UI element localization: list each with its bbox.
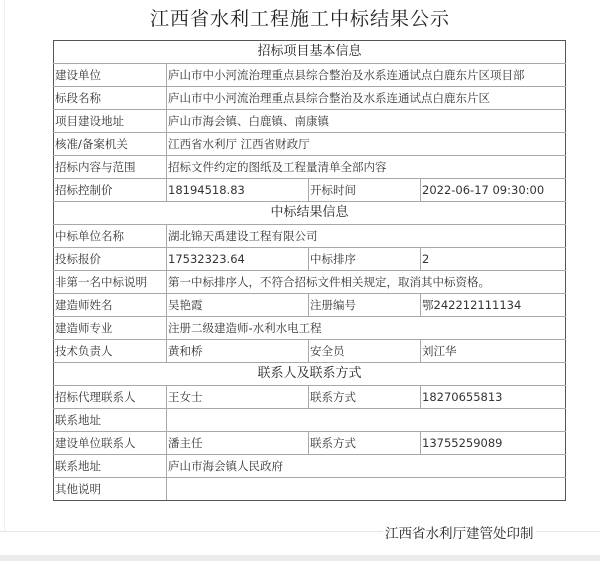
row-label: 中标单位名称: [54, 225, 167, 248]
construction-unit-value: 庐山市中小河流治理重点县综合整治及水系连通试点白鹿东片区项目部: [167, 64, 566, 87]
control-price-value: 18194518.83: [167, 179, 309, 202]
section-heading-result: 中标结果信息: [54, 202, 566, 225]
opening-time-value: 2022-06-17 09:30:00: [421, 179, 566, 202]
agent-contact-value: 王女士: [167, 386, 309, 409]
row-label: 建设单位联系人: [54, 432, 167, 455]
approval-authority-value: 江西省水利厅 江西省财政厅: [167, 133, 566, 156]
row-label: 联系地址: [54, 455, 167, 478]
table-row: 投标报价 17532323.64 中标排序 2: [54, 248, 566, 271]
row-label: 核准/备案机关: [54, 133, 167, 156]
footer-issuer: 江西省水利厅建管处印制: [383, 524, 536, 544]
table-row: 非第一名中标说明 第一中标排序人，不符合招标文件相关规定，取消其中标资格。: [54, 271, 566, 294]
row-label: 注册编号: [309, 294, 421, 317]
section-name-value: 庐山市中小河流治理重点县综合整治及水系连通试点白鹿东片区: [167, 87, 566, 110]
page-left-rule: [4, 0, 5, 531]
reg-no-value: 鄂242212111134: [421, 294, 566, 317]
safety-officer-value: 刘江华: [421, 340, 566, 363]
constructor-name-value: 吴艳霞: [167, 294, 309, 317]
row-label: 建造师专业: [54, 317, 167, 340]
bottom-band: [0, 555, 600, 561]
non-first-note-value: 第一中标排序人，不符合招标文件相关规定，取消其中标资格。: [167, 271, 566, 294]
bid-result-table: 招标项目基本信息 建设单位 庐山市中小河流治理重点县综合整治及水系连通试点白鹿东…: [53, 40, 566, 501]
row-label: 建设单位: [54, 64, 167, 87]
constructor-major-value: 注册二级建造师-水利水电工程: [167, 317, 566, 340]
section-header-row: 联系人及联系方式: [54, 363, 566, 386]
row-label: 项目建设地址: [54, 110, 167, 133]
bid-price-value: 17532323.64: [167, 248, 309, 271]
owner-contact-value: 潘主任: [167, 432, 309, 455]
table-row: 核准/备案机关 江西省水利厅 江西省财政厅: [54, 133, 566, 156]
table-row: 联系地址 庐山市海会镇人民政府: [54, 455, 566, 478]
row-label: 技术负责人: [54, 340, 167, 363]
row-label: 开标时间: [309, 179, 421, 202]
project-address-value: 庐山市海会镇、白鹿镇、南康镇: [167, 110, 566, 133]
table-row: 其他说明: [54, 478, 566, 501]
table-row: 建设单位联系人 潘主任 联系方式 13755259089: [54, 432, 566, 455]
row-label: 联系地址: [54, 409, 167, 432]
table-row: 中标单位名称 湖北锦天禹建设工程有限公司: [54, 225, 566, 248]
section-heading-basic: 招标项目基本信息: [54, 41, 566, 64]
table-row: 建造师专业 注册二级建造师-水利水电工程: [54, 317, 566, 340]
row-label: 招标内容与范围: [54, 156, 167, 179]
bid-scope-value: 招标文件约定的图纸及工程量清单全部内容: [167, 156, 566, 179]
table-row: 建造师姓名 吴艳霞 注册编号 鄂242212111134: [54, 294, 566, 317]
row-label: 非第一名中标说明: [54, 271, 167, 294]
owner-phone-value: 13755259089: [421, 432, 566, 455]
table-row: 联系地址: [54, 409, 566, 432]
row-label: 联系方式: [309, 432, 421, 455]
section-heading-contacts: 联系人及联系方式: [54, 363, 566, 386]
row-label: 其他说明: [54, 478, 167, 501]
table-row: 项目建设地址 庐山市海会镇、白鹿镇、南康镇: [54, 110, 566, 133]
section-header-row: 招标项目基本信息: [54, 41, 566, 64]
row-label: 标段名称: [54, 87, 167, 110]
row-label: 中标排序: [309, 248, 421, 271]
row-label: 安全员: [309, 340, 421, 363]
section-header-row: 中标结果信息: [54, 202, 566, 225]
row-label: 联系方式: [309, 386, 421, 409]
row-label: 招标控制价: [54, 179, 167, 202]
other-notes-value: [167, 478, 566, 501]
rank-value: 2: [421, 248, 566, 271]
table-row: 招标内容与范围 招标文件约定的图纸及工程量清单全部内容: [54, 156, 566, 179]
table-row: 标段名称 庐山市中小河流治理重点县综合整治及水系连通试点白鹿东片区: [54, 87, 566, 110]
table-row: 建设单位 庐山市中小河流治理重点县综合整治及水系连通试点白鹿东片区项目部: [54, 64, 566, 87]
agent-address-value: [167, 409, 566, 432]
page-title: 江西省水利工程施工中标结果公示: [0, 6, 600, 32]
table-row: 招标代理联系人 王女士 联系方式 18270655813: [54, 386, 566, 409]
table-row: 技术负责人 黄和桥 安全员 刘江华: [54, 340, 566, 363]
tech-lead-value: 黄和桥: [167, 340, 309, 363]
row-label: 投标报价: [54, 248, 167, 271]
owner-address-value: 庐山市海会镇人民政府: [167, 455, 566, 478]
row-label: 招标代理联系人: [54, 386, 167, 409]
row-label: 建造师姓名: [54, 294, 167, 317]
winner-value: 湖北锦天禹建设工程有限公司: [167, 225, 566, 248]
agent-phone-value: 18270655813: [421, 386, 566, 409]
table-row: 招标控制价 18194518.83 开标时间 2022-06-17 09:30:…: [54, 179, 566, 202]
